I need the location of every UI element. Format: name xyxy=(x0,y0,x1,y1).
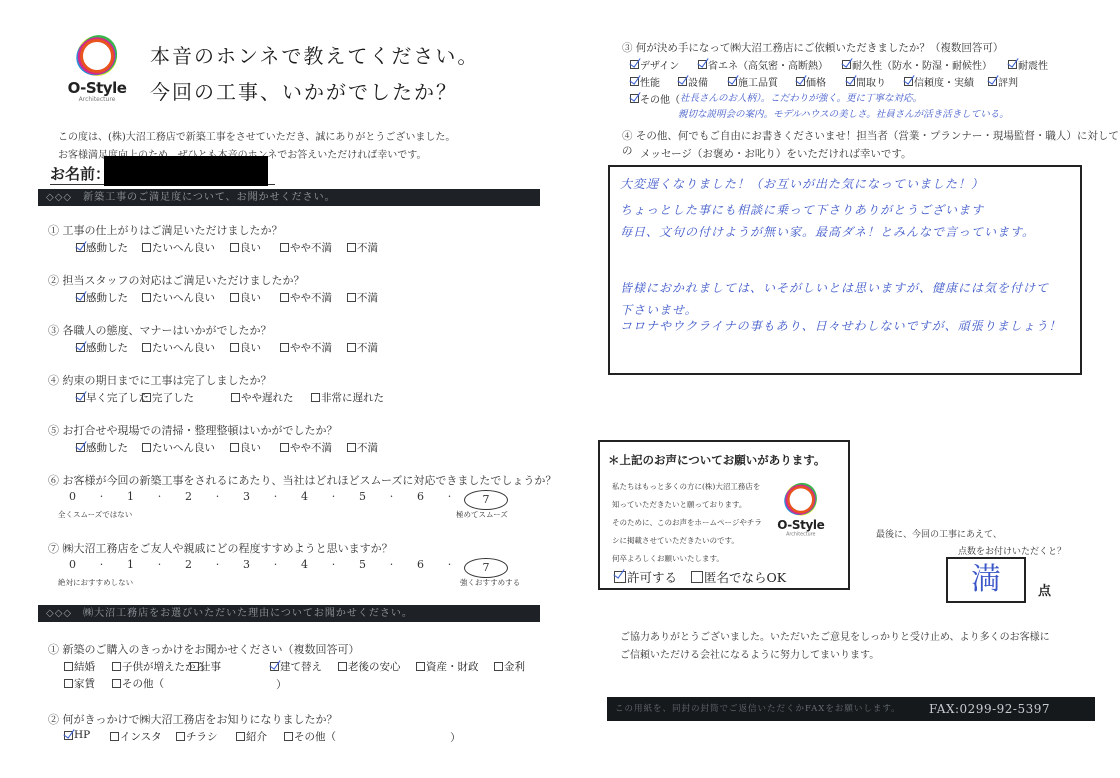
allow-checkbox[interactable]: 許可する xyxy=(614,568,677,586)
option-label: その他（ xyxy=(122,676,164,691)
scale-option[interactable]: 5 xyxy=(348,490,377,510)
option-checkbox[interactable]: 金利 xyxy=(494,659,525,674)
option-label: たいへん良い xyxy=(152,440,215,455)
checkbox-checked-icon xyxy=(842,60,851,69)
option-checkbox[interactable]: 耐久性（防水・防湿・耐候性） xyxy=(842,57,992,72)
logo-brand: O-Style xyxy=(66,80,128,96)
permission-body: 私たちはもっと多くの方に(株)大沼工務店を知っていただきたいと願っております。そ… xyxy=(612,478,762,568)
option-label: 不満 xyxy=(357,340,378,355)
checkbox-icon xyxy=(142,343,151,352)
checkbox-checked-icon xyxy=(64,731,73,740)
checkbox-icon xyxy=(230,343,239,352)
question-text: ④ 約束の期日までに工事は完了しましたか？ xyxy=(48,372,272,388)
option-checkbox[interactable]: 間取り xyxy=(846,74,886,89)
checkbox-icon xyxy=(284,732,293,741)
option-checkbox[interactable]: 良い xyxy=(230,290,261,305)
option-label: その他（ xyxy=(640,91,680,106)
page-title-line1: 本音のホンネで教えてください。 xyxy=(150,40,479,69)
other-handwritten-1: 社長さんのお人柄）。こだわりが強く。更に丁寧な対応。 xyxy=(680,90,922,104)
option-label: 性能 xyxy=(640,74,660,89)
option-label: たいへん良い xyxy=(152,290,215,305)
checkbox-icon xyxy=(230,293,239,302)
option-checkbox[interactable]: 価格 xyxy=(796,74,826,89)
option-label: デザイン xyxy=(640,57,679,72)
checkbox-checked-icon xyxy=(76,243,85,252)
option-checkbox[interactable]: 感動した xyxy=(76,240,128,255)
option-label: 耐久性（防水・防湿・耐候性） xyxy=(852,57,992,72)
checkbox-icon xyxy=(347,243,356,252)
scale-option[interactable]: 1 xyxy=(116,558,145,578)
scale-option[interactable]: 5 xyxy=(348,558,377,578)
option-label: 完了した xyxy=(152,390,194,405)
checkbox-icon xyxy=(112,679,121,688)
checkbox-icon xyxy=(64,662,73,671)
question-text: ③ 何が決め手になって㈱大沼工務店にご依頼いただきましたか？（複数回答可） xyxy=(622,40,1003,55)
option-label: HP xyxy=(74,729,90,741)
question-text: ② 何がきっかけで㈱大沼工務店をお知りになりましたか？ xyxy=(48,711,338,727)
option-checkbox[interactable]: 良い xyxy=(230,240,261,255)
checkbox-checked-icon xyxy=(630,60,639,69)
other-handwritten-2: 親切な説明会の案内。モデルハウスの美しさ。社員さんが活き活きしている。 xyxy=(678,106,1009,120)
permission-body-line: そのために、このお声をホームページやチラ xyxy=(612,514,762,532)
option-checkbox[interactable]: 建て替え xyxy=(270,659,322,674)
scale-option[interactable]: 2 xyxy=(174,490,203,510)
footer-bar: この用紙を、同封の封筒でご返信いただくかFAXをお願いします。 FAX:0299… xyxy=(607,697,1095,721)
option-checkbox[interactable]: 紹介 xyxy=(236,729,267,744)
logo-ring-icon xyxy=(783,482,818,517)
checkbox-icon xyxy=(112,662,121,671)
option-checkbox[interactable]: 不満 xyxy=(347,240,378,255)
scale-option[interactable]: 4 xyxy=(290,490,319,510)
option-label: 良い xyxy=(240,290,261,305)
option-checkbox[interactable]: 老後の安心 xyxy=(338,659,401,674)
option-label: 良い xyxy=(240,440,261,455)
checkbox-icon xyxy=(142,393,151,402)
option-label: たいへん良い xyxy=(152,340,215,355)
option-checkbox[interactable]: たいへん良い xyxy=(142,290,215,305)
option-label: 良い xyxy=(240,240,261,255)
intro-line1: この度は、(株)大沼工務店で新築工事をさせていただき、誠にありがとうございました… xyxy=(58,128,455,143)
other-close-paren: ） xyxy=(450,729,461,745)
option-checkbox[interactable]: 非常に遅れた xyxy=(311,390,384,405)
scale-low-label: 全くスムーズではない xyxy=(58,509,132,520)
checkbox-icon xyxy=(230,443,239,452)
fax-number: FAX:0299-92-5397 xyxy=(929,697,1050,721)
thanks-line1: ご協力ありがとうございました。いただいたご意見をしっかりと受け止め、より多くのお… xyxy=(620,628,1050,643)
permission-body-line: 何卒よろしくお願いいたします。 xyxy=(612,550,762,568)
scale-option[interactable]: 4 xyxy=(290,558,319,578)
option-checkbox[interactable]: デザイン xyxy=(630,57,679,72)
checkbox-icon xyxy=(494,662,503,671)
checkbox-checked-icon xyxy=(698,60,707,69)
scale-dot: · xyxy=(435,490,464,510)
checkbox-checked-icon xyxy=(678,77,687,86)
checkbox-checked-icon xyxy=(76,293,85,302)
checkbox-checked-icon xyxy=(630,94,639,103)
checkbox-icon xyxy=(691,571,703,583)
score-unit: 点 xyxy=(1038,580,1051,599)
score-prompt-line1: 最後に、今回の工事にあえて、 xyxy=(876,527,1002,540)
checkbox-icon xyxy=(110,732,119,741)
option-checkbox[interactable]: やや不満 xyxy=(280,240,332,255)
option-label: 家賃 xyxy=(74,676,95,691)
checkbox-icon xyxy=(347,293,356,302)
checkbox-checked-icon xyxy=(76,443,85,452)
checkbox-checked-icon xyxy=(988,77,997,86)
option-checkbox[interactable]: 良い xyxy=(230,440,261,455)
scale-high-label: 極めてスムーズ xyxy=(456,509,508,520)
option-label: やや不満 xyxy=(290,440,332,455)
checkbox-checked-icon xyxy=(796,77,805,86)
checkbox-icon xyxy=(231,393,240,402)
permission-body-line: 知っていただきたいと願っております。 xyxy=(612,496,762,514)
scale-option[interactable]: 7 xyxy=(464,490,493,510)
option-checkbox[interactable]: 家賃 xyxy=(64,676,95,691)
scale-dot: · xyxy=(87,490,116,510)
scale-option[interactable]: 0 xyxy=(58,490,87,510)
option-checkbox[interactable]: インスタ xyxy=(110,729,162,744)
question-text: ① 工事の仕上がりはご満足いただけましたか？ xyxy=(48,222,283,238)
permission-body-line: 私たちはもっと多くの方に(株)大沼工務店を xyxy=(612,478,762,496)
scale-dot: · xyxy=(87,558,116,578)
option-checkbox[interactable]: 不満 xyxy=(347,340,378,355)
option-label: 老後の安心 xyxy=(348,659,401,674)
scale-option[interactable]: 6 xyxy=(406,490,435,510)
option-checkbox[interactable]: チラシ xyxy=(176,729,218,744)
option-label: 良い xyxy=(240,340,261,355)
option-checkbox[interactable]: やや不満 xyxy=(280,440,332,455)
option-checkbox[interactable]: やや不満 xyxy=(280,290,332,305)
checkbox-checked-icon xyxy=(1008,60,1017,69)
scale-option[interactable]: 1 xyxy=(116,490,145,510)
selected-circle: 7 xyxy=(464,490,508,510)
option-label: 感動した xyxy=(86,240,128,255)
checkbox-icon xyxy=(416,662,425,671)
scale-low-label: 絶対におすすめしない xyxy=(58,577,133,588)
scale-dot: · xyxy=(435,558,464,578)
option-checkbox[interactable]: 信頼度・実績 xyxy=(904,74,974,89)
option-label: チラシ xyxy=(186,729,218,744)
page-title-line2: 今回の工事、いかがでしたか？ xyxy=(150,76,458,105)
checkbox-checked-icon xyxy=(270,662,279,671)
option-checkbox[interactable]: 不満 xyxy=(347,290,378,305)
checkbox-icon xyxy=(142,243,151,252)
scale-dot: · xyxy=(261,490,290,510)
option-label: その他（ xyxy=(294,729,336,744)
message-line: コロナやウクライナの事もあり、日々せわしないですが、頑張りましょう！ xyxy=(620,317,1062,334)
option-checkbox[interactable]: 耐震性 xyxy=(1008,57,1048,72)
scale-dot: · xyxy=(203,558,232,578)
scale-high-label: 強くおすすめする xyxy=(460,577,520,588)
option-label: 信頼度・実績 xyxy=(914,74,974,89)
question-text: ⑤ お打合せや現場での清掃・整理整頓はいかがでしたか？ xyxy=(48,422,338,438)
option-label: 省エネ（高気密・高断熱） xyxy=(708,57,828,72)
option-checkbox[interactable]: 感動した xyxy=(76,340,128,355)
option-checkbox[interactable]: 省エネ（高気密・高断熱） xyxy=(698,57,828,72)
option-label: 結婚 xyxy=(74,659,95,674)
checkbox-icon xyxy=(347,343,356,352)
permission-title: ＊上記のお声についてお願いがあります。 xyxy=(608,452,825,468)
option-label: 不満 xyxy=(357,290,378,305)
checkbox-icon xyxy=(176,732,185,741)
option-checkbox[interactable]: 感動した xyxy=(76,440,128,455)
company-logo: O-Style Architecture xyxy=(66,34,128,104)
option-checkbox[interactable]: 仕事 xyxy=(190,659,221,674)
option-checkbox[interactable]: 不満 xyxy=(347,440,378,455)
option-checkbox[interactable]: その他（ xyxy=(112,676,164,691)
option-checkbox[interactable]: 資産・財政 xyxy=(416,659,479,674)
message-box[interactable]: 大変遅くなりました！（お互いが出た気になっていました！）ちょっとした事にも相談に… xyxy=(608,165,1082,375)
option-checkbox[interactable]: やや不満 xyxy=(280,340,332,355)
message-line: ちょっとした事にも相談に乗って下さりありがとうございます xyxy=(620,201,984,218)
option-label: 不満 xyxy=(357,240,378,255)
rating-scale: 0·1·2·3·4·5·6·7 xyxy=(58,490,493,510)
option-checkbox[interactable]: その他（ xyxy=(284,729,336,744)
question-text: ① 新築のご購入のきっかけをお聞かせください（複数回答可） xyxy=(48,641,360,657)
option-label: 建て替え xyxy=(280,659,322,674)
message-line: 皆様におかれましては、いそがしいとは思いますが、健康には気を付けて xyxy=(620,279,1049,296)
option-label: やや遅れた xyxy=(241,390,294,405)
question-text: ③ 各職人の態度、マナーはいかがでしたか？ xyxy=(48,322,272,338)
logo-sub: Architecture xyxy=(66,96,128,104)
footer-note: この用紙を、同封の封筒でご返信いただくかFAXをお願いします。 xyxy=(615,704,901,714)
option-label: 紹介 xyxy=(246,729,267,744)
option-checkbox[interactable]: 感動した xyxy=(76,290,128,305)
scale-dot: · xyxy=(261,558,290,578)
scale-dot: · xyxy=(319,558,348,578)
option-label: 資産・財政 xyxy=(426,659,479,674)
checkbox-icon xyxy=(311,393,320,402)
option-label: 設備 xyxy=(688,74,708,89)
option-checkbox[interactable]: たいへん良い xyxy=(142,240,215,255)
option-label: たいへん良い xyxy=(152,240,215,255)
option-checkbox[interactable]: 設備 xyxy=(678,74,708,89)
option-label: 施工品質 xyxy=(738,74,778,89)
permission-box: ＊上記のお声についてお願いがあります。 私たちはもっと多くの方に(株)大沼工務店… xyxy=(598,440,850,590)
option-label: 不満 xyxy=(357,440,378,455)
rating-scale: 0·1·2·3·4·5·6·7 xyxy=(58,558,493,578)
scale-option[interactable]: 7 xyxy=(464,558,493,578)
option-label: 非常に遅れた xyxy=(321,390,384,405)
option-checkbox[interactable]: 施工品質 xyxy=(728,74,778,89)
scale-question-text: ⑦ ㈱大沼工務店をご友人や親戚にどの程度すすめようと思いますか？ xyxy=(48,540,393,556)
checkbox-icon xyxy=(280,343,289,352)
thanks-line2: ご信頼いただける会社になるように努力してまいります。 xyxy=(620,646,879,661)
q4-line2: メッセージ（お褒め・お叱り）をいただければ幸いです。 xyxy=(640,146,912,161)
permission-logo: O-Style Architecture xyxy=(776,482,826,538)
question-text: ② 担当スタッフの対応はご満足いただけましたか？ xyxy=(48,272,305,288)
option-label: やや不満 xyxy=(290,340,332,355)
checkbox-icon xyxy=(347,443,356,452)
name-redacted xyxy=(104,156,268,186)
option-label: 評判 xyxy=(998,74,1018,89)
option-label: インスタ xyxy=(120,729,162,744)
score-value: 満 xyxy=(971,562,1001,597)
scale-dot: · xyxy=(203,490,232,510)
message-line: 毎日、文句の付けようが無い家。最高ダネ！とみんなで言っています。 xyxy=(620,223,1035,240)
option-checkbox[interactable]: その他（ xyxy=(630,91,680,106)
option-checkbox[interactable]: 評判 xyxy=(988,74,1018,89)
scale-option[interactable]: 0 xyxy=(58,558,87,578)
scale-dot: · xyxy=(377,558,406,578)
option-label: やや不満 xyxy=(290,290,332,305)
option-checkbox[interactable]: たいへん良い xyxy=(142,340,215,355)
scale-dot: · xyxy=(145,558,174,578)
checkbox-checked-icon xyxy=(904,77,913,86)
checkbox-icon xyxy=(280,243,289,252)
option-label: 感動した xyxy=(86,290,128,305)
option-checkbox[interactable]: 結婚 xyxy=(64,659,95,674)
section1-bar: ◇◇◇ 新築工事のご満足度について、お聞かせください。 xyxy=(38,189,540,206)
anonymous-checkbox[interactable]: 匿名でならOK xyxy=(691,568,786,586)
scale-option[interactable]: 3 xyxy=(232,558,261,578)
checkbox-icon xyxy=(142,293,151,302)
scale-option[interactable]: 2 xyxy=(174,558,203,578)
name-label: お名前： xyxy=(50,165,110,183)
checkbox-checked-icon xyxy=(728,77,737,86)
scale-dot: · xyxy=(145,490,174,510)
permission-body-line: シに掲載させていただきたいのです。 xyxy=(612,532,762,550)
checkbox-icon xyxy=(280,443,289,452)
option-label: 間取り xyxy=(856,74,886,89)
scale-option[interactable]: 3 xyxy=(232,490,261,510)
option-checkbox[interactable]: やや遅れた xyxy=(231,390,294,405)
scale-dot: · xyxy=(377,490,406,510)
option-label: 感動した xyxy=(86,340,128,355)
scale-dot: · xyxy=(319,490,348,510)
option-label: 耐震性 xyxy=(1018,57,1048,72)
option-checkbox[interactable]: 性能 xyxy=(630,74,660,89)
option-label: 早く完了した xyxy=(86,390,149,405)
option-label: やや不満 xyxy=(290,240,332,255)
checkbox-icon xyxy=(64,679,73,688)
checkbox-checked-icon xyxy=(76,393,85,402)
score-box[interactable]: 満 xyxy=(946,557,1026,603)
checkbox-icon xyxy=(280,293,289,302)
option-label: 金利 xyxy=(504,659,525,674)
other-close-paren: ） xyxy=(276,676,287,692)
option-checkbox[interactable]: 良い xyxy=(230,340,261,355)
checkbox-icon xyxy=(338,662,347,671)
score-prompt-line2: 点数をお付けいただくと？ xyxy=(958,544,1066,557)
section2-bar: ◇◇◇ ㈱大沼工務店をお選びいただいた理由についてお聞かせください。 xyxy=(38,605,540,622)
option-checkbox[interactable]: HP xyxy=(64,729,90,741)
checkbox-checked-icon xyxy=(614,571,626,583)
option-checkbox[interactable]: 完了した xyxy=(142,390,194,405)
selected-circle: 7 xyxy=(464,558,508,578)
checkbox-icon xyxy=(230,243,239,252)
option-checkbox[interactable]: 早く完了した xyxy=(76,390,149,405)
option-label: 価格 xyxy=(806,74,826,89)
checkbox-icon xyxy=(142,443,151,452)
checkbox-icon xyxy=(236,732,245,741)
option-label: 感動した xyxy=(86,440,128,455)
checkbox-checked-icon xyxy=(846,77,855,86)
option-checkbox[interactable]: たいへん良い xyxy=(142,440,215,455)
checkbox-icon xyxy=(190,662,199,671)
checkbox-checked-icon xyxy=(630,77,639,86)
message-line: 下さいませ。 xyxy=(620,301,698,318)
message-line: 大変遅くなりました！（お互いが出た気になっていました！） xyxy=(620,175,984,192)
scale-question-text: ⑥ お客様が今回の新築工事をされるにあたり、当社はどれほどスムーズに対応できまし… xyxy=(48,472,556,488)
checkbox-checked-icon xyxy=(76,343,85,352)
logo-ring-icon xyxy=(75,34,119,78)
scale-option[interactable]: 6 xyxy=(406,558,435,578)
option-label: 仕事 xyxy=(200,659,221,674)
